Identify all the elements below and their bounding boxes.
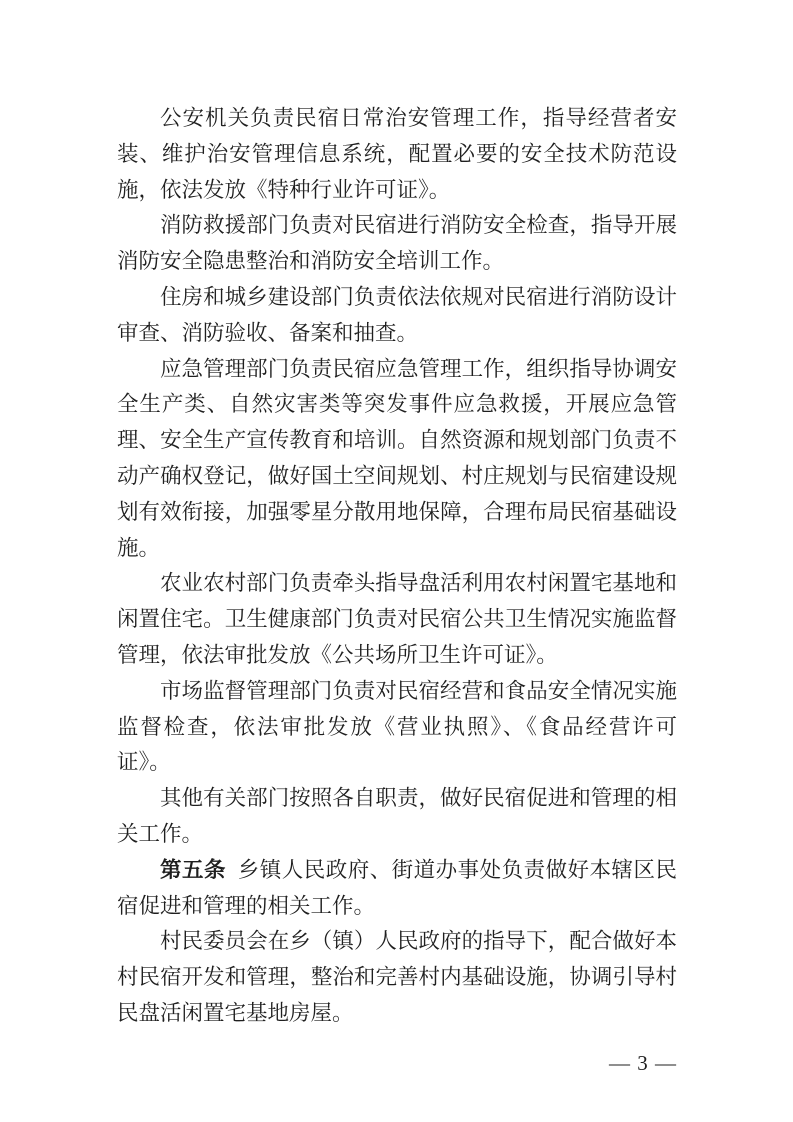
paragraph-text: 应急管理部门负责民宿应急管理工作，组织指导协调安全生产类、自然灾害类等突发事件应… bbox=[117, 357, 677, 560]
paragraph: 农业农村部门负责牵头指导盘活利用农村闲置宅基地和闲置住宅。卫生健康部门负责对民宿… bbox=[117, 566, 677, 673]
paragraph: 其他有关部门按照各自职责，做好民宿促进和管理的相关工作。 bbox=[117, 781, 677, 853]
paragraph: 消防救援部门负责对民宿进行消防安全检查，指导开展消防安全隐患整治和消防安全培训工… bbox=[117, 208, 677, 280]
paragraph-text: 公安机关负责民宿日常治安管理工作，指导经营者安装、维护治安管理信息系统，配置必要… bbox=[117, 106, 677, 202]
paragraph-text: 其他有关部门按照各自职责，做好民宿促进和管理的相关工作。 bbox=[117, 786, 677, 846]
paragraph-text: 住房和城乡建设部门负责依法依规对民宿进行消防设计审查、消防验收、备案和抽查。 bbox=[117, 285, 677, 345]
paragraph-text: 农业农村部门负责牵头指导盘活利用农村闲置宅基地和闲置住宅。卫生健康部门负责对民宿… bbox=[117, 571, 677, 667]
paragraph-text: 市场监督管理部门负责对民宿经营和食品安全情况实施监督检查，依法审批发放《营业执照… bbox=[117, 679, 677, 775]
paragraph: 市场监督管理部门负责对民宿经营和食品安全情况实施监督检查，依法审批发放《营业执照… bbox=[117, 674, 677, 781]
paragraph-text: 消防救援部门负责对民宿进行消防安全检查，指导开展消防安全隐患整治和消防安全培训工… bbox=[117, 213, 677, 273]
paragraph: 住房和城乡建设部门负责依法依规对民宿进行消防设计审查、消防验收、备案和抽查。 bbox=[117, 280, 677, 352]
paragraph: 应急管理部门负责民宿应急管理工作，组织指导协调安全生产类、自然灾害类等突发事件应… bbox=[117, 352, 677, 567]
document-body: 公安机关负责民宿日常治安管理工作，指导经营者安装、维护治安管理信息系统，配置必要… bbox=[117, 101, 677, 1032]
paragraph-text: 村民委员会在乡（镇）人民政府的指导下，配合做好本村民宿开发和管理，整治和完善村内… bbox=[117, 929, 677, 1025]
document-page: 公安机关负责民宿日常治安管理工作，指导经营者安装、维护治安管理信息系统，配置必要… bbox=[0, 0, 793, 1122]
page-number: — 3 — bbox=[609, 1050, 677, 1076]
paragraph: 村民委员会在乡（镇）人民政府的指导下，配合做好本村民宿开发和管理，整治和完善村内… bbox=[117, 924, 677, 1031]
paragraph-article-5: 第五条乡镇人民政府、街道办事处负责做好本辖区民宿促进和管理的相关工作。 bbox=[117, 853, 677, 925]
paragraph: 公安机关负责民宿日常治安管理工作，指导经营者安装、维护治安管理信息系统，配置必要… bbox=[117, 101, 677, 208]
article-number: 第五条 bbox=[160, 858, 226, 882]
